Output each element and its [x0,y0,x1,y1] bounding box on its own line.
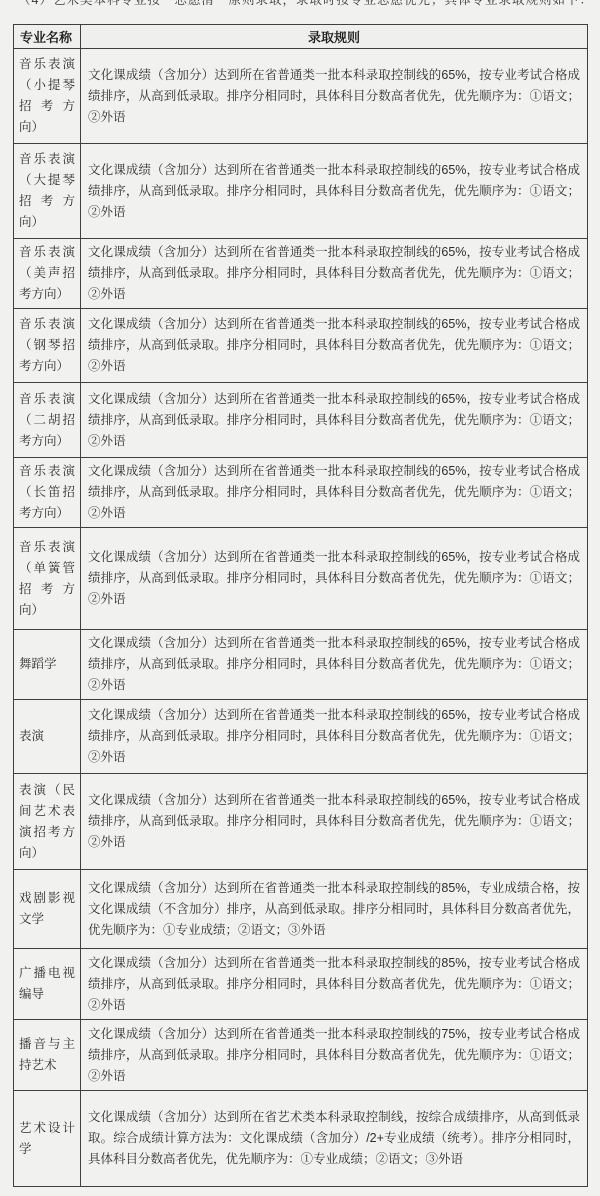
major-cell: 音乐表演（美声招考方向） [14,239,81,309]
rule-cell: 文化课成绩（含加分）达到所在省普通类一批本科录取控制线的85%，专业成绩合格，按… [81,870,588,949]
rule-cell: 文化课成绩（含加分）达到所在省普通类一批本科录取控制线的65%，按专业考试合格成… [81,630,588,700]
major-cell: 音乐表演（二胡招考方向） [14,383,81,458]
rule-cell: 文化课成绩（含加分）达到所在省普通类一批本科录取控制线的65%，按专业考试合格成… [81,144,588,239]
major-cell: 音乐表演（单簧管招考方向） [14,528,81,630]
major-cell: 音乐表演（小提琴招考方向） [14,49,81,144]
major-cell: 艺术设计学 [14,1091,81,1187]
table-row: 音乐表演（二胡招考方向）文化课成绩（含加分）达到所在省普通类一批本科录取控制线的… [14,383,588,458]
rule-cell: 文化课成绩（含加分）达到所在省普通类一批本科录取控制线的65%，按专业考试合格成… [81,49,588,144]
table-row: 音乐表演（长笛招考方向）文化课成绩（含加分）达到所在省普通类一批本科录取控制线的… [14,458,588,528]
table-row: 广播电视编导文化课成绩（含加分）达到所在省普通类一批本科录取控制线的85%，按专… [14,949,588,1020]
table-body: 音乐表演（小提琴招考方向）文化课成绩（含加分）达到所在省普通类一批本科录取控制线… [14,49,588,1187]
intro-line: （4）艺术类本科专业按＂志愿清＂原则录取，录取时按专业志愿优先；具体专业录取规则… [18,0,586,8]
major-cell: 表演（民间艺术表演招考方向） [14,774,81,870]
table-row: 播音与主持艺术文化课成绩（含加分）达到所在省普通类一批本科录取控制线的75%，按… [14,1020,588,1091]
table-row: 艺术设计学文化课成绩（含加分）达到所在省艺术类本科录取控制线，按综合成绩排序，从… [14,1091,588,1187]
table-row: 音乐表演（钢琴招考方向）文化课成绩（含加分）达到所在省普通类一批本科录取控制线的… [14,309,588,383]
table-row: 戏剧影视文学文化课成绩（含加分）达到所在省普通类一批本科录取控制线的85%，专业… [14,870,588,949]
rule-cell: 文化课成绩（含加分）达到所在省普通类一批本科录取控制线的75%，按专业考试合格成… [81,1020,588,1091]
rule-cell: 文化课成绩（含加分）达到所在省艺术类本科录取控制线，按综合成绩排序，从高到低录取… [81,1091,588,1187]
rule-cell: 文化课成绩（含加分）达到所在省普通类一批本科录取控制线的65%，按专业考试合格成… [81,700,588,774]
table-row: 舞蹈学文化课成绩（含加分）达到所在省普通类一批本科录取控制线的65%，按专业考试… [14,630,588,700]
table-header-rule: 录取规则 [81,25,588,49]
rule-cell: 文化课成绩（含加分）达到所在省普通类一批本科录取控制线的85%，按专业考试合格成… [81,949,588,1020]
major-cell: 表演 [14,700,81,774]
table-row: 音乐表演（大提琴招考方向）文化课成绩（含加分）达到所在省普通类一批本科录取控制线… [14,144,588,239]
rule-cell: 文化课成绩（含加分）达到所在省普通类一批本科录取控制线的65%，按专业考试合格成… [81,239,588,309]
table-row: 音乐表演（单簧管招考方向）文化课成绩（含加分）达到所在省普通类一批本科录取控制线… [14,528,588,630]
admission-rules-table: 专业名称 录取规则 音乐表演（小提琴招考方向）文化课成绩（含加分）达到所在省普通… [13,24,588,1187]
rule-cell: 文化课成绩（含加分）达到所在省普通类一批本科录取控制线的65%，按专业考试合格成… [81,458,588,528]
table-row: 表演（民间艺术表演招考方向）文化课成绩（含加分）达到所在省普通类一批本科录取控制… [14,774,588,870]
major-cell: 播音与主持艺术 [14,1020,81,1091]
table-row: 音乐表演（小提琴招考方向）文化课成绩（含加分）达到所在省普通类一批本科录取控制线… [14,49,588,144]
table-header-major: 专业名称 [14,25,81,49]
rule-cell: 文化课成绩（含加分）达到所在省普通类一批本科录取控制线的65%，按专业考试合格成… [81,528,588,630]
table-row: 表演文化课成绩（含加分）达到所在省普通类一批本科录取控制线的65%，按专业考试合… [14,700,588,774]
intro-line-clip: （4）艺术类本科专业按＂志愿清＂原则录取，录取时按专业志愿优先；具体专业录取规则… [0,0,600,9]
major-cell: 音乐表演（长笛招考方向） [14,458,81,528]
table-header-row: 专业名称 录取规则 [14,25,588,49]
major-cell: 音乐表演（钢琴招考方向） [14,309,81,383]
rule-cell: 文化课成绩（含加分）达到所在省普通类一批本科录取控制线的65%，按专业考试合格成… [81,309,588,383]
major-cell: 广播电视编导 [14,949,81,1020]
table-row: 音乐表演（美声招考方向）文化课成绩（含加分）达到所在省普通类一批本科录取控制线的… [14,239,588,309]
major-cell: 戏剧影视文学 [14,870,81,949]
major-cell: 舞蹈学 [14,630,81,700]
major-cell: 音乐表演（大提琴招考方向） [14,144,81,239]
rule-cell: 文化课成绩（含加分）达到所在省普通类一批本科录取控制线的65%，按专业考试合格成… [81,383,588,458]
rule-cell: 文化课成绩（含加分）达到所在省普通类一批本科录取控制线的65%，按专业考试合格成… [81,774,588,870]
